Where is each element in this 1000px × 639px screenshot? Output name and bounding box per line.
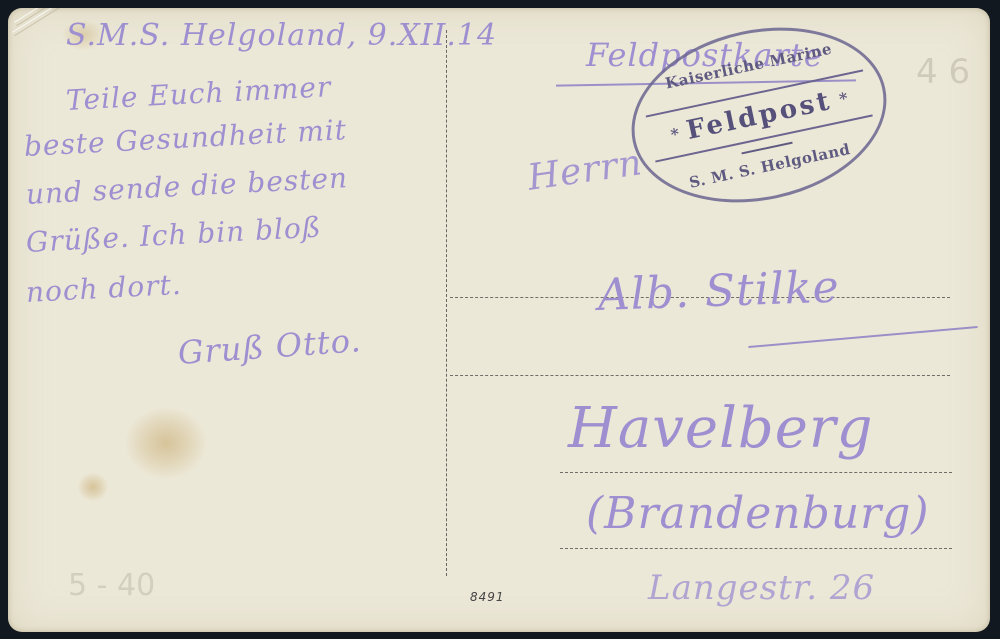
message-line: beste Gesundheit mit bbox=[23, 113, 348, 163]
address-city: Havelberg bbox=[568, 396, 874, 461]
message-header: S.M.S. Helgoland, 9.XII.14 bbox=[66, 18, 497, 53]
postcard-back: S.M.S. Helgoland, 9.XII.14 Teile Euch im… bbox=[8, 8, 990, 632]
ink-underline bbox=[748, 326, 977, 348]
message-line: Teile Euch immer bbox=[65, 70, 332, 117]
address-line bbox=[560, 548, 952, 549]
pencil-note: 4 6 bbox=[916, 52, 970, 92]
message-line: noch dort. bbox=[25, 268, 182, 309]
foxing-stain bbox=[126, 408, 206, 478]
message-line: Grüße. Ich bin bloß bbox=[25, 211, 322, 259]
print-number: 8491 bbox=[470, 590, 505, 604]
address-region: (Brandenburg) bbox=[586, 488, 930, 539]
foxing-stain bbox=[78, 473, 108, 501]
message-closing: Gruß Otto. bbox=[177, 321, 363, 372]
address-street: Langestr. 26 bbox=[648, 568, 875, 608]
address-name: Alb. Stilke bbox=[597, 262, 840, 321]
address-salutation: Herrn bbox=[525, 142, 645, 199]
address-line bbox=[450, 375, 950, 376]
star-icon: * bbox=[830, 86, 858, 110]
center-divider bbox=[446, 30, 447, 576]
message-line: und sende die besten bbox=[25, 161, 349, 211]
address-line bbox=[560, 472, 952, 473]
pencil-note: 5 - 40 bbox=[68, 568, 155, 603]
